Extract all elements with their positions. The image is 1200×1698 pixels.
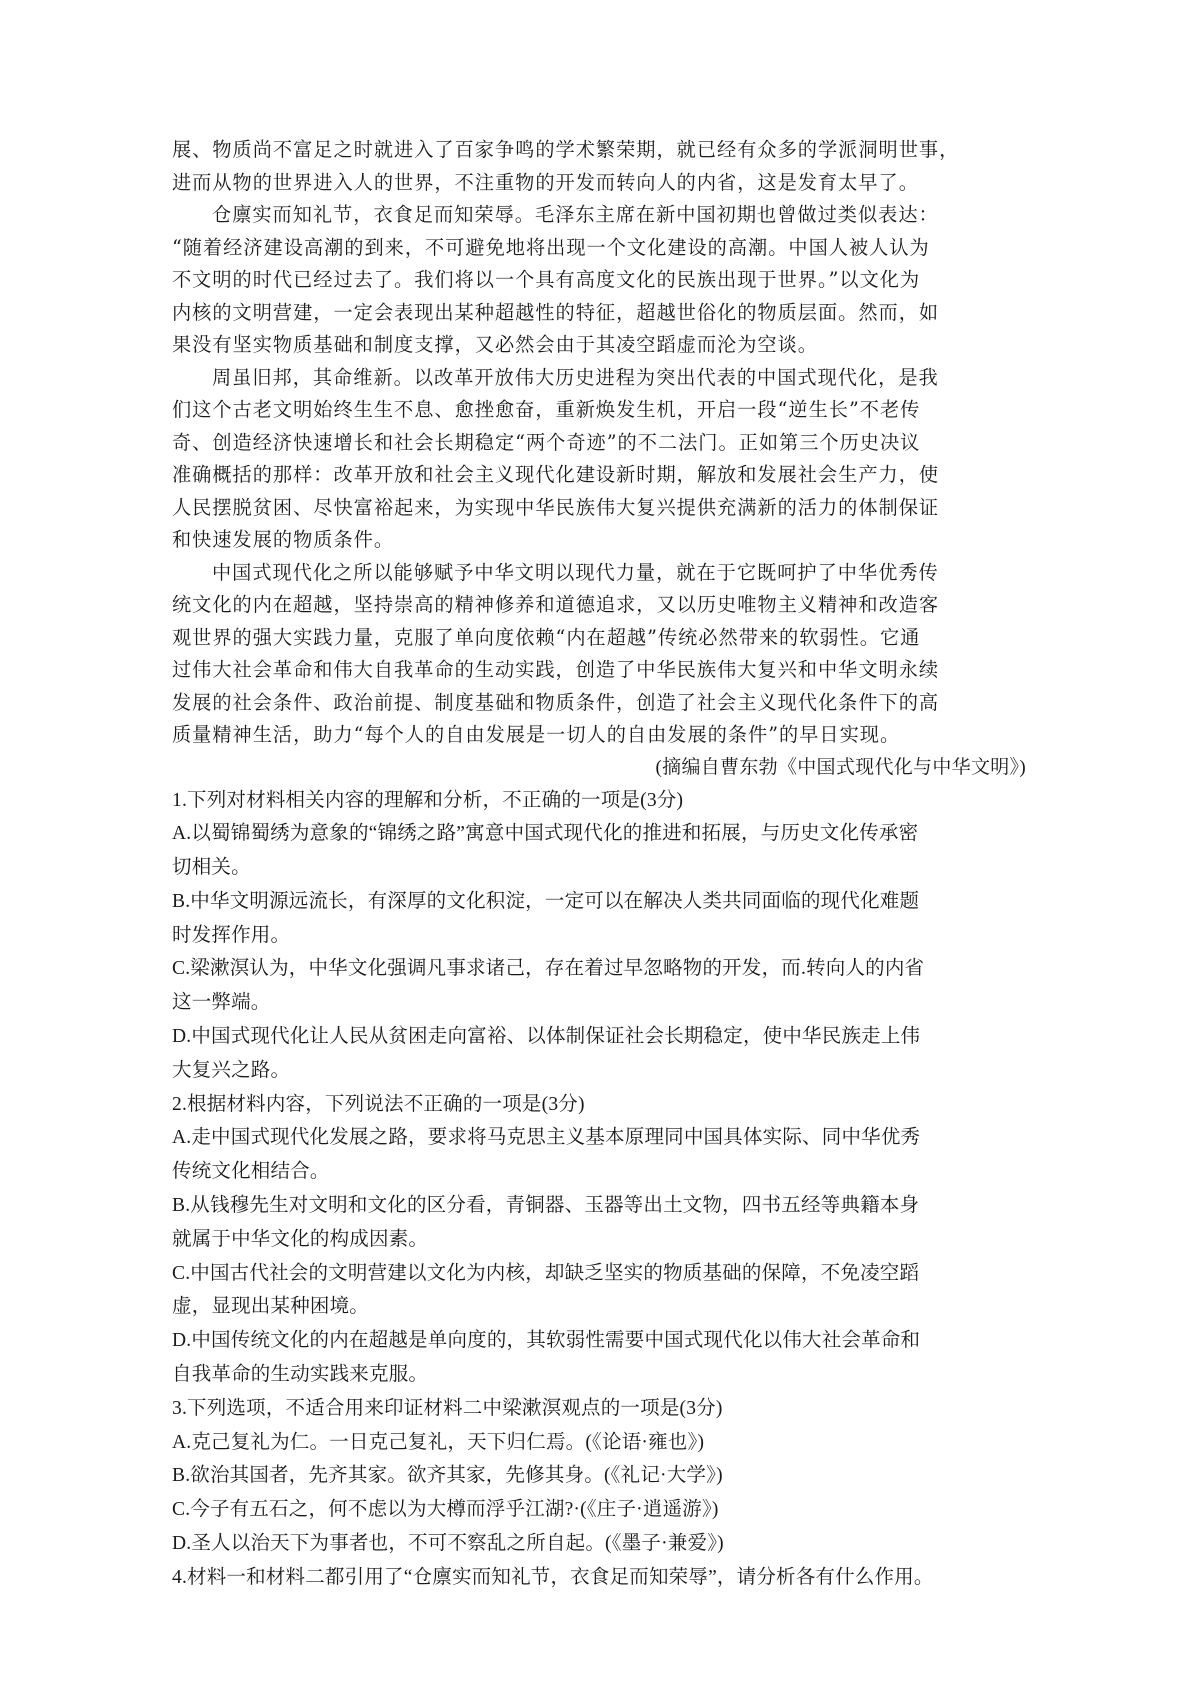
option-a: A.以蜀锦蜀绣为意象的“锦绣之路”寓意中国式现代化的推进和拓展，与历史文化传承密 bbox=[172, 817, 1026, 851]
option-d-cont: 自我革命的生动实践来克服。 bbox=[172, 1358, 1026, 1392]
passage-source: (摘编自曹东勃《中国式现代化与中华文明》) bbox=[172, 752, 1026, 784]
text-line: 发展的社会条件、政治前提、制度基础和物质条件，创造了社会主义现代化条件下的高 bbox=[172, 687, 1026, 720]
option-c: C.梁漱溟认为，中华文化强调凡事求诸己，存在着过早忽略物的开发，而.转向人的内省 bbox=[172, 952, 1026, 986]
option-b-cont: 时发挥作用。 bbox=[172, 919, 1026, 953]
passage-paragraph-1: 展、物质尚不富足之时就进入了百家争鸣的学术繁荣期，就已经有众多的学派洞明世事， … bbox=[172, 134, 1026, 199]
text-line: 人民摆脱贫困、尽快富裕起来，为实现中华民族伟大复兴提供充满新的活力的体制保证 bbox=[172, 492, 1026, 525]
passage-paragraph-3: 周虽旧邦，其命维新。以改革开放伟大历史进程为突出代表的中国式现代化，是我 们这个… bbox=[172, 362, 1026, 557]
reading-passage: 展、物质尚不富足之时就进入了百家争鸣的学术繁荣期，就已经有众多的学派洞明世事， … bbox=[172, 134, 1026, 784]
option-a-cont: 传统文化相结合。 bbox=[172, 1155, 1026, 1189]
option-d: D.圣人以治天下为事者也，不可不察乱之所自起。(《墨子·兼爱》) bbox=[172, 1527, 1026, 1561]
option-b: B.中华文明源远流长，有深厚的文化积淀，一定可以在解决人类共同面临的现代化难题 bbox=[172, 885, 1026, 919]
text-line: 质量精神生活，助力“每个人的自由发展是一切人的自由发展的条件”的早日实现。 bbox=[172, 719, 1026, 752]
text-line: 奇、创造经济快速增长和社会长期稳定“两个奇迹”的不二法门。正如第三个历史决议 bbox=[172, 427, 1026, 460]
question-4: 4.材料一和材料二都引用了“仓廪实而知礼节，衣食足而知荣辱”，请分析各有什么作用… bbox=[172, 1561, 1026, 1595]
question-1: 1.下列对材料相关内容的理解和分析，不正确的一项是(3分) A.以蜀锦蜀绣为意象… bbox=[172, 784, 1026, 1088]
text-line: 仓廪实而知礼节，衣食足而知荣辱。毛泽东主席在新中国初期也曾做过类似表达： bbox=[172, 199, 1026, 232]
passage-paragraph-4: 中国式现代化之所以能够赋予中华文明以现代力量，就在于它既呵护了中华优秀传 统文化… bbox=[172, 557, 1026, 752]
passage-paragraph-2: 仓廪实而知礼节，衣食足而知荣辱。毛泽东主席在新中国初期也曾做过类似表达： “随着… bbox=[172, 199, 1026, 362]
text-line: “随着经济建设高潮的到来，不可避免地将出现一个文化建设的高潮。中国人被人认为 bbox=[172, 232, 1026, 265]
text-line: 观世界的强大实践力量，克服了单向度依赖“内在超越”传统必然带来的软弱性。它通 bbox=[172, 622, 1026, 655]
option-b: B.欲治其国者，先齐其家。欲齐其家，先修其身。(《礼记·大学》) bbox=[172, 1459, 1026, 1493]
question-2: 2.根据材料内容，下列说法不正确的一项是(3分) A.走中国式现代化发展之路，要… bbox=[172, 1088, 1026, 1392]
text-line: 不文明的时代已经过去了。我们将以一个具有高度文化的民族出现于世界。”以文化为 bbox=[172, 264, 1026, 297]
option-c-cont: 这一弊端。 bbox=[172, 986, 1026, 1020]
option-b-cont: 就属于中华文化的构成因素。 bbox=[172, 1223, 1026, 1257]
text-line: 们这个古老文明始终生生不息、愈挫愈奋，重新焕发生机，开启一段“逆生长”不老传 bbox=[172, 394, 1026, 427]
option-d-cont: 大复兴之路。 bbox=[172, 1054, 1026, 1088]
text-line: 统文化的内在超越，坚持崇高的精神修养和道德追求，又以历史唯物主义精神和改造客 bbox=[172, 589, 1026, 622]
text-line: 和快速发展的物质条件。 bbox=[172, 524, 1026, 557]
text-line: 展、物质尚不富足之时就进入了百家争鸣的学术繁荣期，就已经有众多的学派洞明世事， bbox=[172, 134, 1026, 167]
option-c: C.今子有五石之，何不虑以为大樽而浮乎江湖?·(《庄子·逍遥游》) bbox=[172, 1493, 1026, 1527]
text-line: 进而从物的世界进入人的世界，不注重物的开发而转向人的内省，这是发育太早了。 bbox=[172, 167, 1026, 200]
text-line: 中国式现代化之所以能够赋予中华文明以现代力量，就在于它既呵护了中华优秀传 bbox=[172, 557, 1026, 590]
text-line: 果没有坚实物质基础和制度支撑，又必然会由于其凌空蹈虚而沦为空谈。 bbox=[172, 329, 1026, 362]
text-line: 周虽旧邦，其命维新。以改革开放伟大历史进程为突出代表的中国式现代化，是我 bbox=[172, 362, 1026, 395]
option-a-cont: 切相关。 bbox=[172, 851, 1026, 885]
question-list: 1.下列对材料相关内容的理解和分析，不正确的一项是(3分) A.以蜀锦蜀绣为意象… bbox=[172, 784, 1026, 1595]
question-stem: 2.根据材料内容，下列说法不正确的一项是(3分) bbox=[172, 1088, 1026, 1122]
question-stem: 3.下列选项，不适合用来印证材料二中梁漱溟观点的一项是(3分) bbox=[172, 1392, 1026, 1426]
option-a: A.走中国式现代化发展之路，要求将马克思主义基本原理同中国具体实际、同中华优秀 bbox=[172, 1121, 1026, 1155]
question-stem: 4.材料一和材料二都引用了“仓廪实而知礼节，衣食足而知荣辱”，请分析各有什么作用… bbox=[172, 1561, 1026, 1595]
option-a: A.克己复礼为仁。一日克己复礼，天下归仁焉。(《论语·雍也》) bbox=[172, 1426, 1026, 1460]
option-b: B.从钱穆先生对文明和文化的区分看，青铜器、玉器等出土文物，四书五经等典籍本身 bbox=[172, 1189, 1026, 1223]
question-stem: 1.下列对材料相关内容的理解和分析，不正确的一项是(3分) bbox=[172, 784, 1026, 818]
option-d: D.中国式现代化让人民从贫困走向富裕、以体制保证社会长期稳定，使中华民族走上伟 bbox=[172, 1020, 1026, 1054]
question-3: 3.下列选项，不适合用来印证材料二中梁漱溟观点的一项是(3分) A.克己复礼为仁… bbox=[172, 1392, 1026, 1561]
text-line: 准确概括的那样：改革开放和社会主义现代化建设新时期，解放和发展社会生产力，使 bbox=[172, 459, 1026, 492]
option-d: D.中国传统文化的内在超越是单向度的，其软弱性需要中国式现代化以伟大社会革命和 bbox=[172, 1324, 1026, 1358]
exam-page: 展、物质尚不富足之时就进入了百家争鸣的学术繁荣期，就已经有众多的学派洞明世事， … bbox=[172, 134, 1026, 1595]
option-c: C.中国古代社会的文明营建以文化为内核，却缺乏坚实的物质基础的保障，不免凌空蹈 bbox=[172, 1257, 1026, 1291]
text-line: 过伟大社会革命和伟大自我革命的生动实践，创造了中华民族伟大复兴和中华文明永续 bbox=[172, 654, 1026, 687]
text-line: 内核的文明营建，一定会表现出某种超越性的特征，超越世俗化的物质层面。然而，如 bbox=[172, 297, 1026, 330]
option-c-cont: 虚，显现出某种困境。 bbox=[172, 1290, 1026, 1324]
